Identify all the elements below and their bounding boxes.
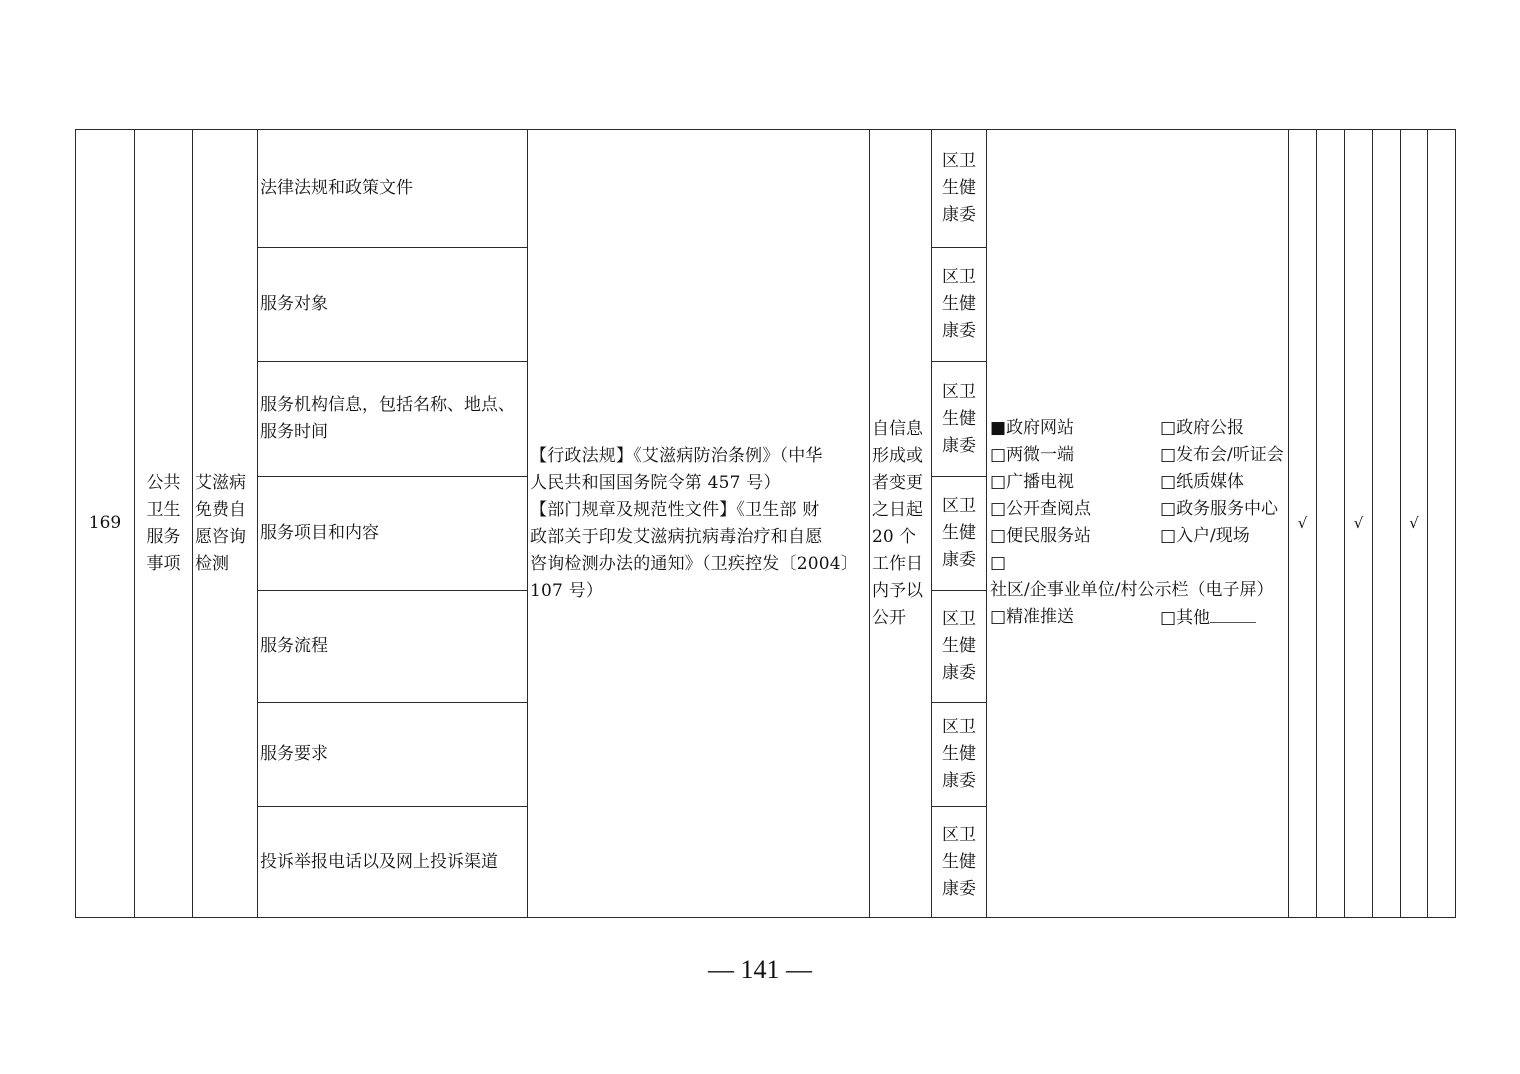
item-cell: 艾滋病 免费自 愿咨询 检测 — [193, 130, 258, 918]
timeline-cell: 自信息 形成或 者变更 之日起 20 个 工作日 内予以 公开 — [870, 130, 932, 918]
channel-option: □精准推送 — [990, 604, 1160, 632]
empty-checkbox-icon: □ — [990, 526, 1006, 546]
sub-item-label: 服务对象 — [258, 248, 528, 362]
category-cell: 公共 卫生 服务 事项 — [135, 130, 193, 918]
sub-item-label: 服务项目和内容 — [258, 477, 528, 591]
channel-option: □两微一端 — [990, 442, 1160, 469]
filled-checkbox-icon: ■ — [990, 418, 1006, 438]
channel-option: □广播电视 — [990, 469, 1160, 496]
channel-option: □社区/企事业单位/村公示栏（电子屏） — [990, 550, 1288, 604]
dept-cell: 区卫生健康委 — [932, 807, 987, 918]
page-number: — 141 — — [0, 955, 1520, 985]
mark-cell: √ — [1401, 130, 1428, 918]
empty-checkbox-icon: □ — [990, 499, 1006, 519]
empty-checkbox-icon: □ — [990, 607, 1006, 627]
channel-option: □便民服务站 — [990, 523, 1160, 550]
dept-cell: 区卫生健康委 — [932, 248, 987, 362]
blank-underline — [1210, 604, 1256, 623]
empty-checkbox-icon: □ — [1160, 445, 1176, 465]
mark-cell: √ — [1345, 130, 1373, 918]
legal-basis-cell: 【行政法规】《艾滋病防治条例》（中华 人民共和国国务院令第 457 号） 【部门… — [528, 130, 870, 918]
sub-item-label: 投诉举报电话以及网上投诉渠道 — [258, 807, 528, 918]
channel-option: □入户/现场 — [1160, 523, 1288, 550]
channel-option: □纸质媒体 — [1160, 469, 1288, 496]
dept-cell: 区卫生健康委 — [932, 362, 987, 477]
dept-cell: 区卫生健康委 — [932, 703, 987, 807]
mark-cell — [1317, 130, 1345, 918]
sub-item-label: 服务机构信息，包括名称、地点、服务时间 — [258, 362, 528, 477]
dept-cell: 区卫生健康委 — [932, 130, 987, 248]
row-number: 169 — [76, 130, 135, 918]
empty-checkbox-icon: □ — [1160, 472, 1176, 492]
sub-item-label: 服务流程 — [258, 591, 528, 703]
empty-checkbox-icon: □ — [990, 445, 1006, 465]
disclosure-table: 169 公共 卫生 服务 事项 艾滋病 免费自 愿咨询 检测 法律法规和政策文件… — [75, 129, 1456, 918]
mark-cell: √ — [1289, 130, 1317, 918]
channel-option: □其他 — [1160, 604, 1288, 632]
empty-checkbox-icon: □ — [1160, 608, 1176, 628]
empty-checkbox-icon: □ — [1160, 499, 1176, 519]
channel-option: □政务服务中心 — [1160, 496, 1288, 523]
sub-item-label: 法律法规和政策文件 — [258, 130, 528, 248]
checkmark-icon: √ — [1298, 514, 1308, 532]
empty-checkbox-icon: □ — [990, 472, 1006, 492]
empty-checkbox-icon: □ — [1160, 526, 1176, 546]
dept-cell: 区卫生健康委 — [932, 477, 987, 591]
mark-cell — [1373, 130, 1401, 918]
empty-checkbox-icon: □ — [1160, 418, 1176, 438]
channel-option: ■政府网站 — [990, 415, 1160, 442]
channels-cell: ■政府网站 □政府公报 □两微一端 □发布会/听证会 □广播电视 □纸质媒体 □… — [987, 130, 1289, 918]
dept-cell: 区卫生健康委 — [932, 591, 987, 703]
channel-option: □政府公报 — [1160, 415, 1288, 442]
mark-cell — [1428, 130, 1456, 918]
checkmark-icon: √ — [1354, 514, 1364, 532]
channel-option: □发布会/听证会 — [1160, 442, 1288, 469]
sub-item-label: 服务要求 — [258, 703, 528, 807]
channel-option: □公开查阅点 — [990, 496, 1160, 523]
empty-checkbox-icon: □ — [990, 553, 1006, 573]
checkmark-icon: √ — [1409, 514, 1419, 532]
